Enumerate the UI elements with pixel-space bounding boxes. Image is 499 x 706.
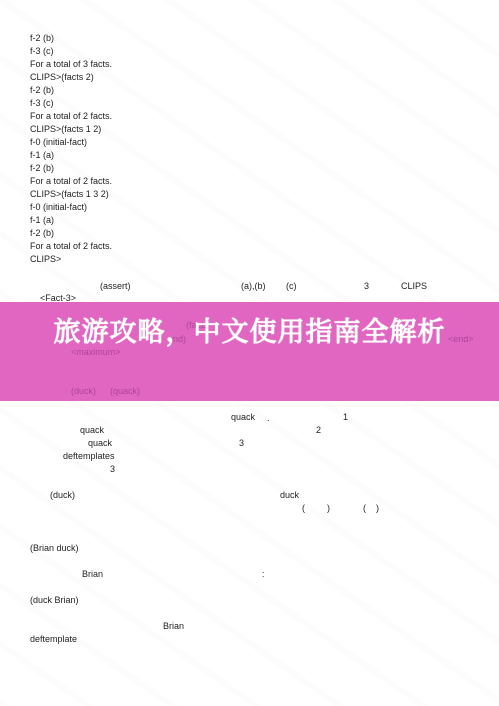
log-line: CLIPS>(facts 1 2) — [30, 124, 101, 135]
log-line: For a total of 3 facts. — [30, 59, 112, 70]
banner-title: 旅游攻略，中文使用指南全解析 — [0, 316, 499, 349]
assert-text: (assert) — [100, 281, 131, 292]
quack-text: quack — [80, 425, 104, 436]
quack-text: quack — [231, 412, 255, 423]
count-text: 3 — [364, 281, 369, 292]
duck-paren-text: (duck) — [50, 490, 75, 501]
colon-text: : — [262, 569, 265, 580]
paren-open: ( — [363, 503, 366, 514]
number-3: 3 — [239, 438, 244, 449]
number-2: 2 — [316, 425, 321, 436]
number-3: 3 — [110, 464, 115, 475]
log-line: f-2 (b) — [30, 163, 54, 174]
title-banner: (facts end) <end> <maximum> (duck) (quac… — [0, 302, 499, 401]
document-page: f-2 (b) f-3 (c) For a total of 3 facts. … — [0, 0, 499, 706]
log-line: f-2 (b) — [30, 228, 54, 239]
duck-brian-text: (duck Brian) — [30, 595, 79, 606]
log-line: f-0 (initial-fact) — [30, 202, 87, 213]
log-line: CLIPS>(facts 2) — [30, 72, 94, 83]
log-line: CLIPS> — [30, 254, 61, 265]
log-line: f-0 (initial-fact) — [30, 137, 87, 148]
log-line: f-2 (b) — [30, 33, 54, 44]
log-line: f-1 (a) — [30, 215, 54, 226]
log-line: For a total of 2 facts. — [30, 176, 112, 187]
number-1: 1 — [343, 412, 348, 423]
brian-duck-text: (Brian duck) — [30, 543, 79, 554]
log-line: For a total of 2 facts. — [30, 241, 112, 252]
clips-text: CLIPS — [401, 281, 427, 292]
paren-close: ) — [376, 503, 379, 514]
paren-close: ) — [327, 503, 330, 514]
c-text: (c) — [286, 281, 297, 292]
dot-text: . — [267, 413, 270, 424]
hidden-duck-text: (duck) — [71, 386, 96, 397]
ab-text: (a),(b) — [241, 281, 266, 292]
log-line: f-3 (c) — [30, 98, 54, 109]
paren-open: ( — [302, 503, 305, 514]
log-line: f-1 (a) — [30, 150, 54, 161]
log-line: For a total of 2 facts. — [30, 111, 112, 122]
log-line: f-3 (c) — [30, 46, 54, 57]
deftemplate-text: deftemplate — [30, 634, 77, 645]
hidden-quack-text: (quack) — [110, 386, 140, 397]
brian-text: Brian — [82, 569, 103, 580]
deftemplates-text: deftemplates — [63, 451, 115, 462]
quack-text: quack — [88, 438, 112, 449]
log-line: f-2 (b) — [30, 85, 54, 96]
brian-text: Brian — [163, 621, 184, 632]
duck-text: duck — [280, 490, 299, 501]
log-line: CLIPS>(facts 1 3 2) — [30, 189, 109, 200]
